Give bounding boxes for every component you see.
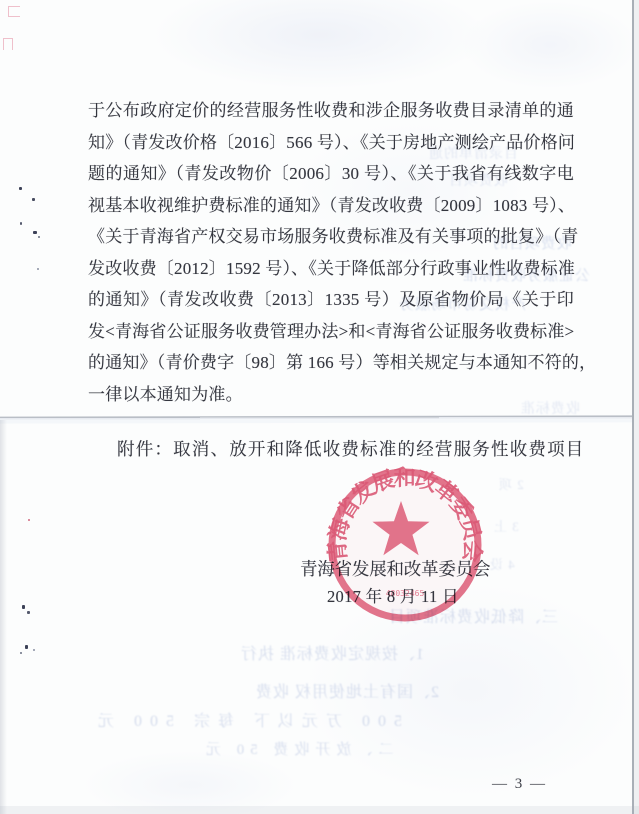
scan-speck (38, 236, 40, 238)
body-paragraph: 于公布政府定价的经营服务性收费和涉企服务收费目录清单的通 知》（青发改价格〔20… (88, 95, 574, 410)
page-number: — 3 — (492, 776, 547, 793)
scan-speck (22, 605, 25, 609)
scan-edge-shade (0, 806, 639, 814)
scan-edge-line (632, 0, 634, 814)
body-line: 一律以本通知为准。 (88, 379, 574, 411)
red-corner-mark (8, 6, 20, 17)
red-corner-mark (3, 38, 13, 50)
bleed-through-text: 2 项 (498, 474, 524, 493)
body-line: 知》（青发改价格〔2016〕566 号）、《关于房地产测绘产品价格问 (88, 127, 574, 159)
scan-speck (27, 611, 30, 614)
body-line: 的通知》（青发改收费〔2013〕1335 号）及原省物价局《关于印 (88, 284, 574, 316)
body-line: 《关于青海省产权交易市场服务收费标准及有关事项的批复》（青 (88, 221, 574, 253)
body-line: 发<青海省公证服务收费管理办法>和<青海省公证服务收费标准> (88, 316, 574, 348)
scan-speck (33, 231, 37, 234)
scan-tint (150, 0, 490, 90)
scan-tint (80, 750, 300, 814)
scan-edge-strip (634, 0, 639, 814)
scan-speck (28, 519, 30, 521)
body-line: 视基本收视维护费标准的通知》（青发改收费〔2009〕1083 号）、 (88, 190, 574, 222)
scan-speck (25, 645, 28, 649)
scan-speck (19, 187, 22, 190)
bleed-through-text: 1、按规定收费标准 执行 (240, 641, 424, 664)
scan-fold-line (0, 415, 639, 423)
scan-speck (37, 268, 39, 270)
scan-edge-shade (0, 420, 7, 814)
body-line: 的通知》（青价费字〔98〕第 166 号）等相关规定与本通知不符的， (88, 347, 574, 379)
bleed-through-text: 2、国有土地使用权 收费 (255, 679, 439, 702)
official-seal: 青海省发展和改革委员会 48032465 (310, 450, 500, 640)
bleed-through-text: 二、放开收费 50 元 (200, 738, 394, 759)
body-line: 题的通知》（青发改物价〔2006〕30 号）、《关于我省有线数字电 (88, 158, 574, 190)
scan-speck (20, 652, 22, 654)
body-line: 于公布政府定价的经营服务性收费和涉企服务收费目录清单的通 (88, 95, 574, 127)
scan-tint (460, 0, 639, 90)
scan-speck (20, 222, 22, 225)
seal-code: 48032465 (386, 589, 425, 598)
scan-speck (32, 198, 35, 201)
bleed-through-text: 500 万元以下 每宗 500 元 (90, 708, 402, 731)
scan-speck (33, 649, 35, 651)
scanned-document-page: 目录清单的通 收费项目 收费项目的 公证服务收费标准 产权交易市场服务 收费标准… (0, 0, 639, 814)
body-line: 发改收费〔2012〕1592 号）、《关于降低部分行政事业性收费标准 (88, 253, 574, 285)
